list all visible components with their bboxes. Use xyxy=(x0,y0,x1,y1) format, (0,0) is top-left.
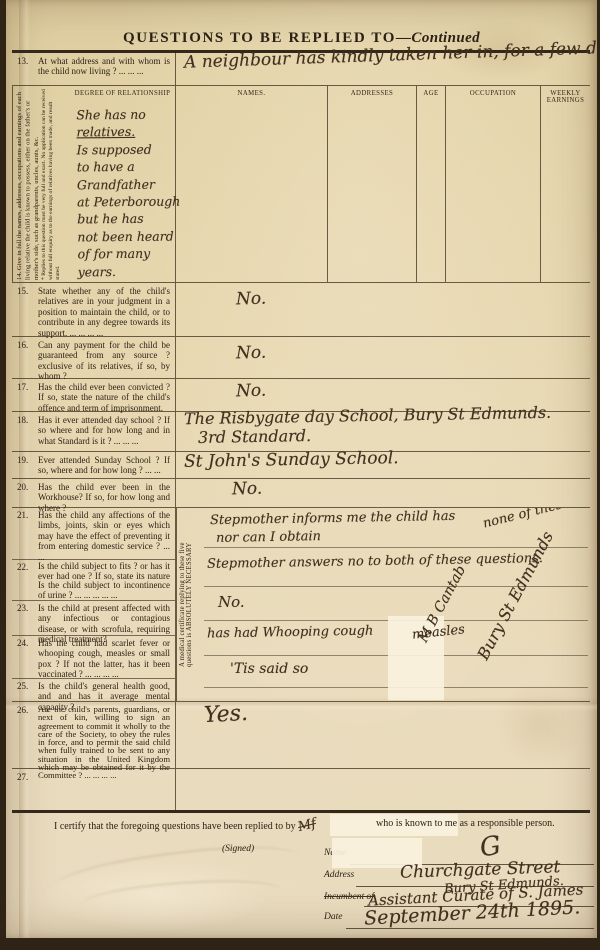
medical-certificate-note: A medical certificate replying to these … xyxy=(176,508,202,701)
question-23-number: 23. xyxy=(12,603,38,635)
question-21-text: Has the child any affections of the limb… xyxy=(38,510,175,559)
relationship-line: at Peterborough xyxy=(77,193,175,211)
question-20-text: Has the child ever been in the Workhouse… xyxy=(38,482,175,507)
answer-16-handwriting: No. xyxy=(236,343,267,364)
question-row-20: 20. Has the child ever been in the Workh… xyxy=(12,479,590,508)
header-names: NAMES. xyxy=(176,86,327,104)
question-22: 22. Is the child subject to fits ? or ha… xyxy=(12,560,175,601)
answer-19-cell: St John's Sunday School. xyxy=(176,452,590,478)
answer-27-cell xyxy=(176,769,590,811)
header-degree-of-relationship: DEGREE OF RELATIONSHIP xyxy=(70,86,175,104)
relatives-table-columns: DEGREE OF RELATIONSHIP She has no relati… xyxy=(70,86,590,282)
question-14-side-note: 14. Give in full the names, addresses, o… xyxy=(12,86,70,282)
question-row-26: 26. Are the child's parents, guardians, … xyxy=(12,702,590,769)
question-14-main: Give in full the names, addresses, occup… xyxy=(16,92,40,280)
answer-13-cell: A neighbour has kindly taken her in, for… xyxy=(176,53,590,85)
answer-26-cell: Yes. xyxy=(176,702,590,768)
header-occupation: OCCUPATION xyxy=(446,86,540,104)
question-21-number: 21. xyxy=(12,510,38,559)
relationship-line: to have a xyxy=(77,158,175,176)
relationship-line: but he has xyxy=(77,210,175,228)
answer-18-cell: The Risbygate day School, Bury St Edmund… xyxy=(176,412,590,451)
answer-18-line2: 3rd Standard. xyxy=(198,426,311,447)
relationship-line: of for many xyxy=(77,245,175,263)
question-26: 26. Are the child's parents, guardians, … xyxy=(12,702,176,768)
relationship-line: relatives. xyxy=(76,123,174,141)
question-27-number: 27. xyxy=(12,772,38,811)
question-24-number: 24. xyxy=(12,638,38,678)
question-24-text: Has the child had scarlet fever or whoop… xyxy=(38,638,175,678)
address-label: Address xyxy=(324,870,354,880)
question-25-text: Is the child's general health good, and … xyxy=(38,681,175,700)
answer-20-handwriting: No. xyxy=(232,479,263,500)
question-22-text: Is the child subject to fits ? or has it… xyxy=(38,562,175,600)
answer-20-cell: No. xyxy=(176,479,590,507)
header-addresses: ADDRESSES xyxy=(328,86,416,104)
question-row-27: 27. xyxy=(12,769,590,811)
question-27: 27. xyxy=(12,769,176,811)
column-weekly-earnings: WEEKLY EARNINGS xyxy=(541,86,590,282)
date-label: Date xyxy=(324,912,342,922)
question-15-number: 15. xyxy=(12,286,38,336)
certification-section: I certify that the foregoing questions h… xyxy=(12,812,597,938)
column-addresses: ADDRESSES xyxy=(328,86,417,282)
question-22-number: 22. xyxy=(12,562,38,600)
question-25-number: 25. xyxy=(12,681,38,700)
answer-15-handwriting: No. xyxy=(236,289,267,310)
question-form: 13. At what address and with whom is the… xyxy=(12,53,590,811)
question-row-18: 18. Has it ever attended day school ? If… xyxy=(12,412,590,452)
page-title-text: QUESTIONS TO BE REPLIED TO xyxy=(123,30,396,46)
question-18: 18. Has it ever attended day school ? If… xyxy=(12,412,176,451)
question-26-text: Are the child's parents, guardians, or n… xyxy=(38,705,175,768)
question-15-text: State whether any of the child's relativ… xyxy=(38,286,175,336)
question-20: 20. Has the child ever been in the Workh… xyxy=(12,479,176,507)
scanned-form: QUESTIONS TO BE REPLIED TO—Continued 13.… xyxy=(0,0,600,950)
answer-25-handwriting: 'Tis said so xyxy=(230,661,308,677)
medical-note-line2: questions is ABSOLUTELY NECESSARY xyxy=(186,512,193,697)
question-13-text: At what address and with whom is the chi… xyxy=(38,56,175,85)
paper-sheet: QUESTIONS TO BE REPLIED TO—Continued 13.… xyxy=(6,0,597,938)
question-27-text xyxy=(38,772,175,811)
relatives-table: 14. Give in full the names, addresses, o… xyxy=(12,86,590,283)
certify-statement: I certify that the foregoing questions h… xyxy=(54,818,316,833)
relationship-line: not been heard xyxy=(77,227,175,245)
question-25: 25. Is the child's general health good, … xyxy=(12,679,175,700)
column-degree-of-relationship: DEGREE OF RELATIONSHIP She has no relati… xyxy=(70,86,176,282)
answer-21-fragment: none of these xyxy=(482,508,572,532)
question-26-number: 26. xyxy=(12,705,38,768)
question-23-text: Is the child at present affected with an… xyxy=(38,603,175,635)
question-19-text: Ever attended Sunday School ? If so, whe… xyxy=(38,455,175,478)
relationship-line: Grandfather xyxy=(77,175,175,193)
relationship-line: years. xyxy=(78,262,176,280)
question-15: 15. State whether any of the child's rel… xyxy=(12,283,176,336)
question-row-16: 16. Can any payment for the child be gua… xyxy=(12,337,590,379)
question-14-fine-print: * Replies to this question must be very … xyxy=(41,88,62,280)
question-16-text: Can any payment for the child be guarant… xyxy=(38,340,175,378)
header-age: AGE xyxy=(417,86,445,104)
medical-questions-block: 21. Has the child any affections of the … xyxy=(12,508,590,702)
medical-question-column: 21. Has the child any affections of the … xyxy=(12,508,176,701)
answer-22-handwriting: Stepmother answers no to both of these q… xyxy=(207,551,543,572)
question-14-text: 14. Give in full the names, addresses, o… xyxy=(16,88,41,280)
column-age: AGE xyxy=(417,86,446,282)
question-18-number: 18. xyxy=(12,415,38,451)
answer-23-handwriting: No. xyxy=(218,593,245,611)
question-21: 21. Has the child any affections of the … xyxy=(12,508,175,560)
question-14-number: 14. xyxy=(16,272,23,280)
question-row-15: 15. State whether any of the child's rel… xyxy=(12,283,590,337)
question-17-text: Has the child ever been convicted ? If s… xyxy=(38,382,175,411)
answer-15-cell: No. xyxy=(176,283,590,336)
incumbent-label: Incumbent of xyxy=(324,892,374,902)
answer-19-handwriting: St John's Sunday School. xyxy=(184,448,399,472)
question-13-number: 13. xyxy=(12,56,38,85)
question-18-text: Has it ever attended day school ? If so … xyxy=(38,415,175,451)
certify-post: who is known to me as a responsible pers… xyxy=(376,818,555,829)
answer-16-cell: No. xyxy=(176,337,590,378)
answer-24-handwriting: has had Whooping cough xyxy=(207,624,374,642)
question-16-number: 16. xyxy=(12,340,38,378)
question-19-number: 19. xyxy=(12,455,38,478)
medical-answers-cell: Stepmother informs me the child has none… xyxy=(202,508,590,701)
question-24: 24. Has the child had scarlet fever or w… xyxy=(12,636,175,679)
medical-note-line1: A medical certificate replying to these … xyxy=(179,512,186,697)
question-19: 19. Ever attended Sunday School ? If so,… xyxy=(12,452,176,478)
answer-21-line2: nor can I obtain xyxy=(216,529,321,546)
signed-label: (Signed) xyxy=(222,844,254,854)
relationship-line: She has no xyxy=(76,106,174,124)
question-17: 17. Has the child ever been convicted ? … xyxy=(12,379,176,411)
relationship-line: Is supposed xyxy=(77,140,175,158)
question-row-19: 19. Ever attended Sunday School ? If so,… xyxy=(12,452,590,479)
relationship-handwriting: She has no relatives. Is supposed to hav… xyxy=(69,104,176,281)
question-16: 16. Can any payment for the child be gua… xyxy=(12,337,176,378)
certify-scribble: Mf xyxy=(297,816,318,835)
certify-pre: I certify that the foregoing questions h… xyxy=(54,821,296,832)
answer-17-handwriting: No. xyxy=(236,381,267,402)
column-occupation: OCCUPATION xyxy=(446,86,541,282)
answer-21-line1: Stepmother informs me the child has xyxy=(210,509,455,528)
answer-26-handwriting: Yes. xyxy=(203,701,248,728)
question-17-number: 17. xyxy=(12,382,38,411)
column-names: NAMES. xyxy=(176,86,328,282)
question-13: 13. At what address and with whom is the… xyxy=(12,53,176,85)
question-row-13: 13. At what address and with whom is the… xyxy=(12,53,590,86)
doctor-signature-diagonal: Bury St Edmunds xyxy=(473,528,557,663)
header-weekly-earnings: WEEKLY EARNINGS xyxy=(541,86,590,104)
question-23: 23. Is the child at present affected wit… xyxy=(12,601,175,636)
question-20-number: 20. xyxy=(12,482,38,507)
